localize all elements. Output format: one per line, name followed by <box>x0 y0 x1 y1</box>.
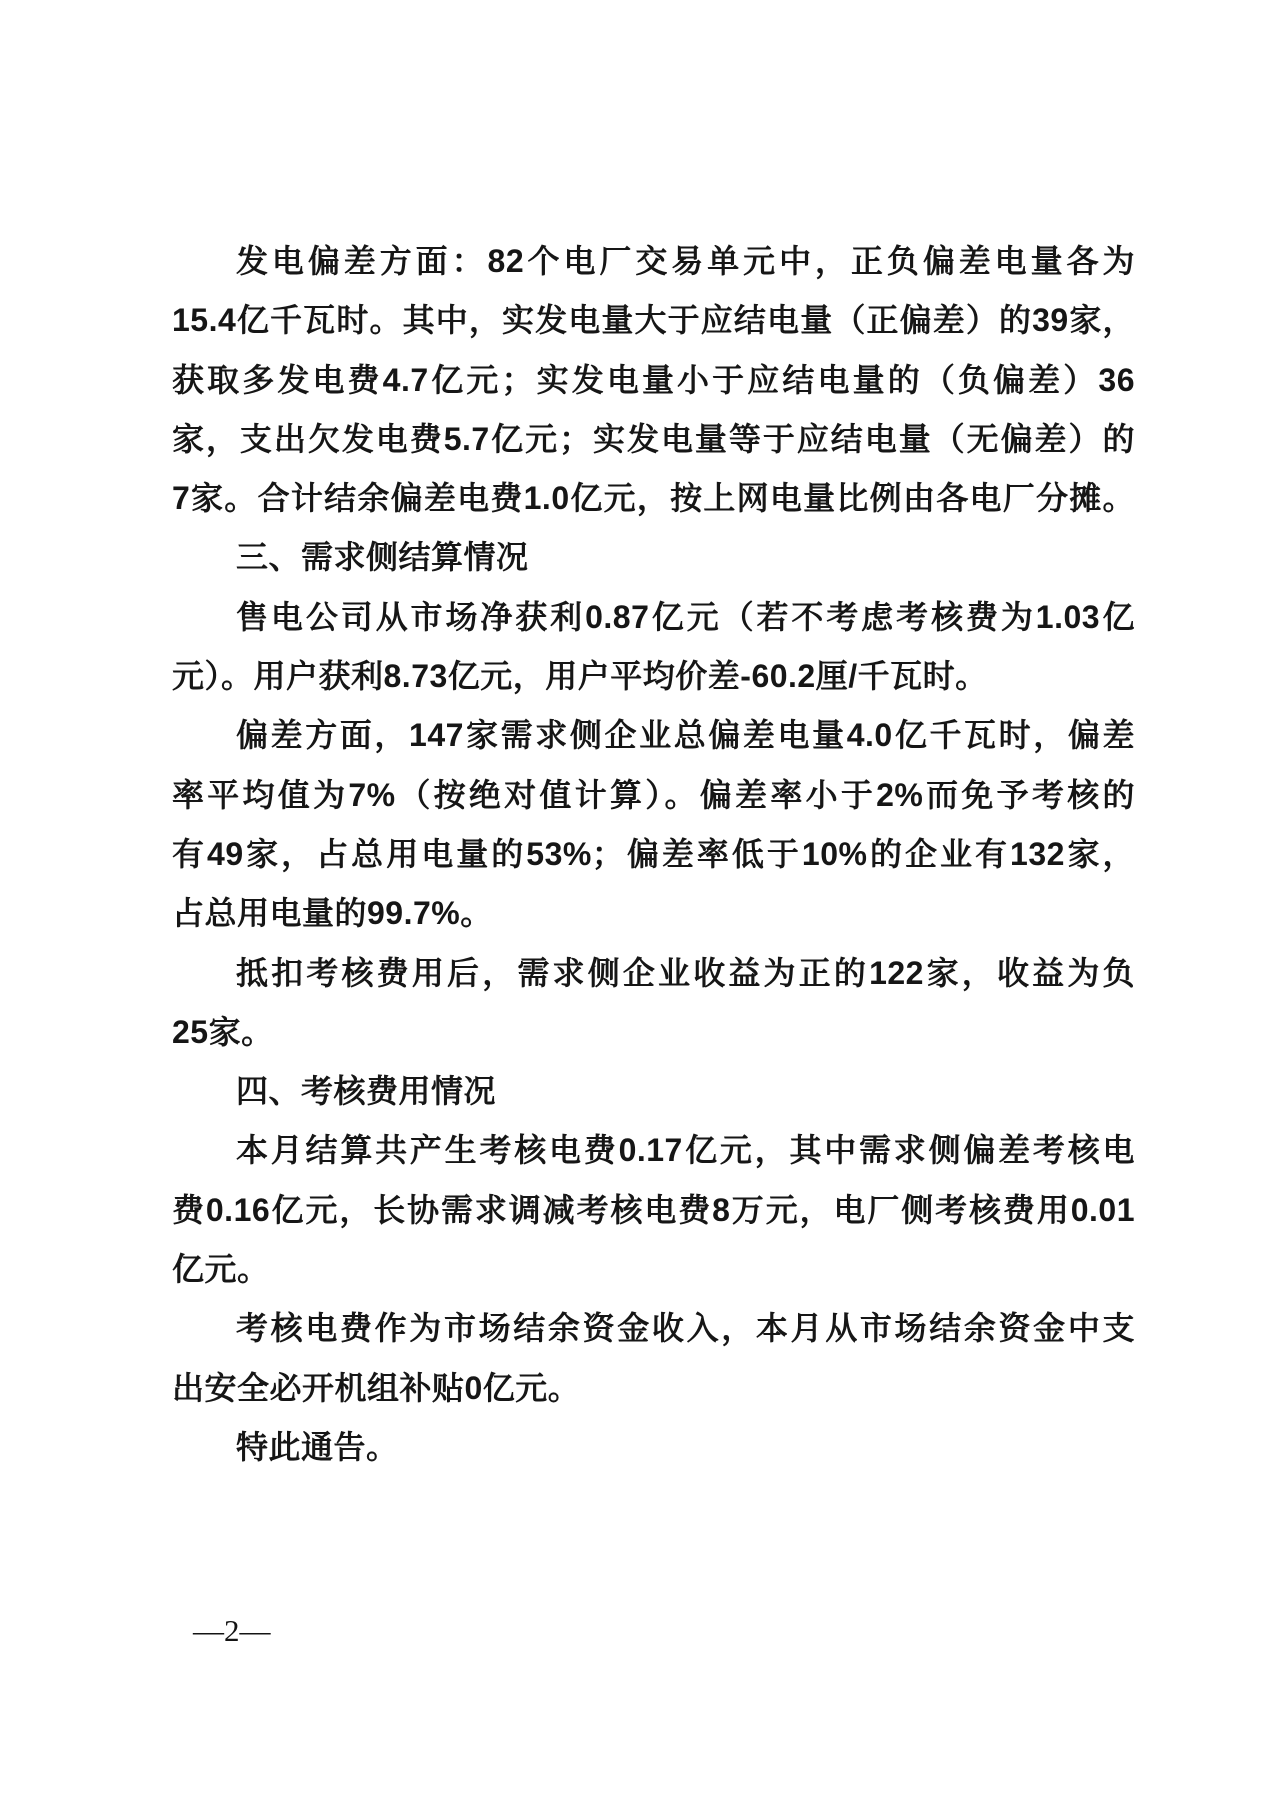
text-line: 发电偏差方面：82个电厂交易单元中，正负偏差电量各为 <box>172 232 1135 291</box>
document-page: 发电偏差方面：82个电厂交易单元中，正负偏差电量各为15.4亿千瓦时。其中，实发… <box>0 0 1280 1810</box>
text-line: 出安全必开机组补贴0亿元。 <box>172 1359 1135 1418</box>
text-line: 亿元。 <box>172 1240 1135 1299</box>
text-line: 元）。用户获利8.73亿元，用户平均价差-60.2厘/千瓦时。 <box>172 647 1135 706</box>
text-line: 15.4亿千瓦时。其中，实发电量大于应结电量（正偏差）的39家， <box>172 291 1135 350</box>
text-line: 家，支出欠发电费5.7亿元；实发电量等于应结电量（无偏差）的 <box>172 410 1135 469</box>
page-number: —2— <box>193 1608 271 1654</box>
text-line: 考核电费作为市场结余资金收入，本月从市场结余资金中支 <box>172 1299 1135 1358</box>
section-heading: 四、考核费用情况 <box>172 1062 1135 1121</box>
text-line: 有49家，占总用电量的53%；偏差率低于10%的企业有132家， <box>172 825 1135 884</box>
text-line: 本月结算共产生考核电费0.17亿元，其中需求侧偏差考核电 <box>172 1121 1135 1180</box>
text-line: 获取多发电费4.7亿元；实发电量小于应结电量的（负偏差）36 <box>172 351 1135 410</box>
text-line: 售电公司从市场净获利0.87亿元（若不考虑考核费为1.03亿 <box>172 588 1135 647</box>
document-text-block: 发电偏差方面：82个电厂交易单元中，正负偏差电量各为15.4亿千瓦时。其中，实发… <box>172 232 1135 1477</box>
section-heading: 三、需求侧结算情况 <box>172 528 1135 587</box>
text-line: 抵扣考核费用后，需求侧企业收益为正的122家，收益为负 <box>172 944 1135 1003</box>
text-line: 率平均值为7%（按绝对值计算）。偏差率小于2%而免予考核的 <box>172 766 1135 825</box>
text-line: 费0.16亿元，长协需求调减考核电费8万元，电厂侧考核费用0.01 <box>172 1181 1135 1240</box>
text-line: 25家。 <box>172 1003 1135 1062</box>
text-line: 特此通告。 <box>172 1418 1135 1477</box>
text-line: 偏差方面，147家需求侧企业总偏差电量4.0亿千瓦时，偏差 <box>172 706 1135 765</box>
text-line: 占总用电量的99.7%。 <box>172 884 1135 943</box>
text-line: 7家。合计结余偏差电费1.0亿元，按上网电量比例由各电厂分摊。 <box>172 469 1135 528</box>
